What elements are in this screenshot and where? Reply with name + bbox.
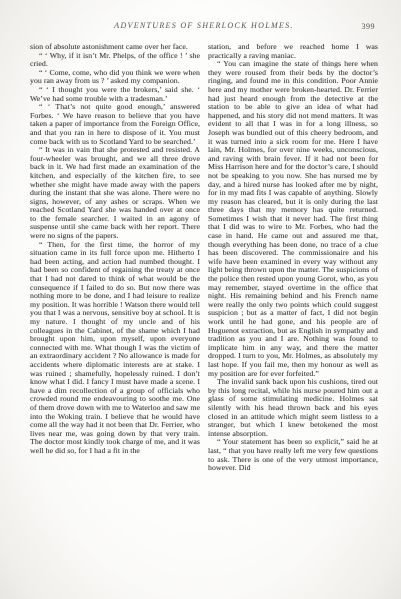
paragraph: “ ‘ Why, if it isn’t Mr. Phelps, of the …	[30, 52, 200, 69]
paragraph: “ ‘ That’s not quite good enough,’ answe…	[30, 103, 200, 146]
paragraph: “ Your statement has been so explicit,” …	[208, 438, 378, 472]
paragraph: “ It was in vain that she protested and …	[30, 146, 200, 241]
page-number: 399	[362, 22, 376, 31]
paragraph: “ Then, for the first time, the horror o…	[30, 241, 200, 456]
left-column: sion of absolute astonishment came over …	[30, 43, 200, 473]
paragraph: “ ‘ I thought you were the brokers,’ sai…	[30, 86, 200, 103]
book-page: ADVENTURES OF SHERLOCK HOLMES. 399 sion …	[0, 0, 401, 599]
paragraph: “ ‘ Come, come, who did you think we wer…	[30, 69, 200, 86]
text-columns: sion of absolute astonishment came over …	[30, 43, 378, 473]
right-column: station, and before we reached home I wa…	[208, 43, 378, 473]
paragraph: station, and before we reached home I wa…	[208, 43, 378, 60]
paragraph: “ You can imagine the state of things he…	[208, 60, 378, 378]
running-title: ADVENTURES OF SHERLOCK HOLMES.	[30, 21, 378, 30]
paragraph: The invalid sank back upon his cushions,…	[208, 378, 378, 438]
page-header: ADVENTURES OF SHERLOCK HOLMES. 399	[30, 21, 378, 33]
